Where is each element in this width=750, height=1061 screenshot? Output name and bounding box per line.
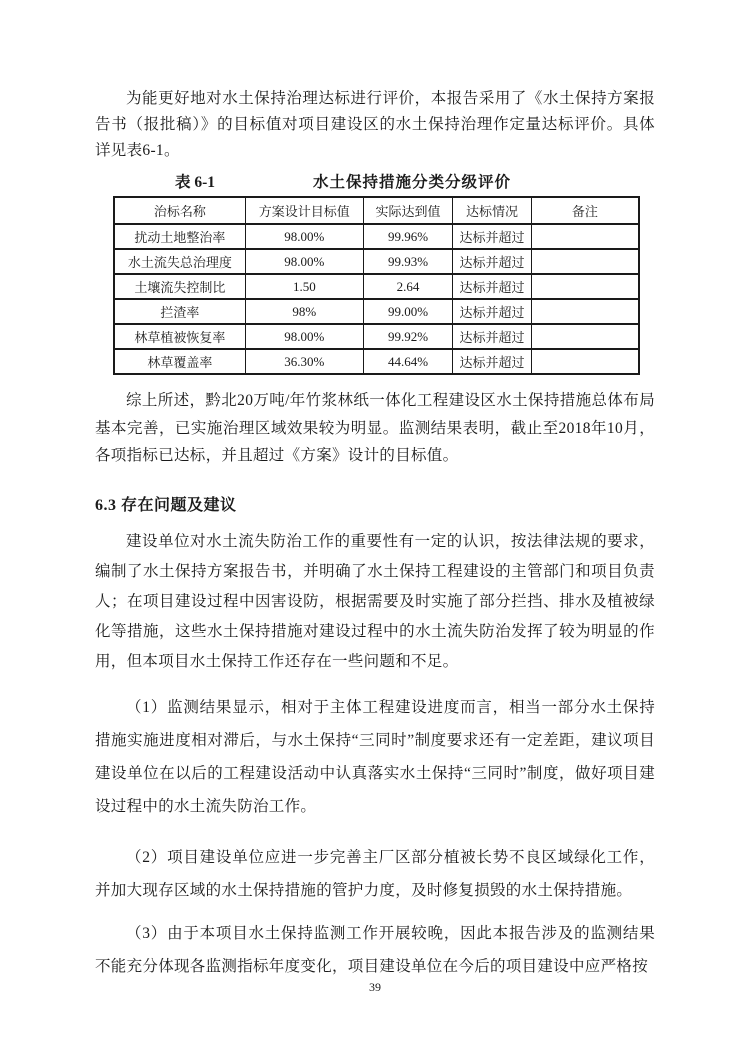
table-cell: 达标并超过 [453, 349, 532, 374]
table-cell [531, 274, 639, 299]
table-body: 扰动土地整治率98.00%99.96%达标并超过水土流失总治理度98.00%99… [114, 224, 639, 374]
table-cell [531, 224, 639, 249]
table-row: 土壤流失控制比1.502.64达标并超过 [114, 274, 639, 299]
table-caption-label: 表 6-1 [175, 170, 215, 192]
document-page: 为能更好地对水土保持治理达标进行评价，本报告采用了《水土保持方案报告书（报批稿）… [0, 0, 750, 1061]
table-row: 扰动土地整治率98.00%99.96%达标并超过 [114, 224, 639, 249]
section-paragraph-item1: （1）监测结果显示，相对于主体工程建设进度而言，相当一部分水土保持措施实施进度相… [95, 691, 655, 823]
table-cell: 林草植被恢复率 [114, 324, 245, 349]
table-row: 林草植被恢复率98.00%99.92%达标并超过 [114, 324, 639, 349]
section-heading: 6.3 存在问题及建议 [95, 492, 655, 515]
table-cell: 98.00% [245, 324, 363, 349]
table-cell: 达标并超过 [453, 249, 532, 274]
table-cell: 44.64% [363, 349, 452, 374]
evaluation-table: 治标名称方案设计目标值实际达到值达标情况备注 扰动土地整治率98.00%99.9… [113, 196, 640, 375]
table-header-cell: 方案设计目标值 [245, 197, 363, 224]
table-cell [531, 349, 639, 374]
table-header-cell: 备注 [531, 197, 639, 224]
table-cell [531, 324, 639, 349]
intro-paragraph: 为能更好地对水土保持治理达标进行评价，本报告采用了《水土保持方案报告书（报批稿）… [95, 86, 655, 164]
table-cell: 土壤流失控制比 [114, 274, 245, 299]
table-caption: 表 6-1 水土保持措施分类分级评价 [95, 170, 655, 194]
section-paragraph-item3: （3）由于本项目水土保持监测工作开展较晚，因此本报告涉及的监测结果不能充分体现各… [95, 917, 655, 983]
table-cell: 98.00% [245, 249, 363, 274]
table-cell: 2.64 [363, 274, 452, 299]
table-cell: 99.92% [363, 324, 452, 349]
table-header-cell: 治标名称 [114, 197, 245, 224]
table-cell: 达标并超过 [453, 274, 532, 299]
table-header-cell: 实际达到值 [363, 197, 452, 224]
table-cell: 林草覆盖率 [114, 349, 245, 374]
table-header-cell: 达标情况 [453, 197, 532, 224]
page-number: 39 [0, 980, 750, 995]
table-cell: 达标并超过 [453, 224, 532, 249]
table-row: 林草覆盖率36.30%44.64%达标并超过 [114, 349, 639, 374]
table-cell: 达标并超过 [453, 324, 532, 349]
section-paragraph-item2: （2）项目建设单位应进一步完善主厂区部分植被长势不良区域绿化工作，并加大现存区域… [95, 841, 655, 907]
section-paragraph-overview: 建设单位对水土流失防治工作的重要性有一定的认识，按法律法规的要求，编制了水土保持… [95, 527, 655, 677]
table-cell: 99.00% [363, 299, 452, 324]
table-cell: 扰动土地整治率 [114, 224, 245, 249]
table-cell: 36.30% [245, 349, 363, 374]
table-header-row: 治标名称方案设计目标值实际达到值达标情况备注 [114, 197, 639, 224]
table-caption-title: 水土保持措施分类分级评价 [313, 170, 511, 192]
table-row: 拦渣率98%99.00%达标并超过 [114, 299, 639, 324]
table-row: 水土流失总治理度98.00%99.93%达标并超过 [114, 249, 639, 274]
table-cell: 1.50 [245, 274, 363, 299]
table-cell: 水土流失总治理度 [114, 249, 245, 274]
table-cell: 98.00% [245, 224, 363, 249]
summary-paragraph: 综上所述，黔北20万吨/年竹浆林纸一体化工程建设区水土保持措施总体布局基本完善，… [95, 387, 655, 470]
table-cell: 拦渣率 [114, 299, 245, 324]
table-cell: 98% [245, 299, 363, 324]
table-cell [531, 299, 639, 324]
table-cell [531, 249, 639, 274]
table-cell: 99.93% [363, 249, 452, 274]
table-cell: 达标并超过 [453, 299, 532, 324]
table-cell: 99.96% [363, 224, 452, 249]
